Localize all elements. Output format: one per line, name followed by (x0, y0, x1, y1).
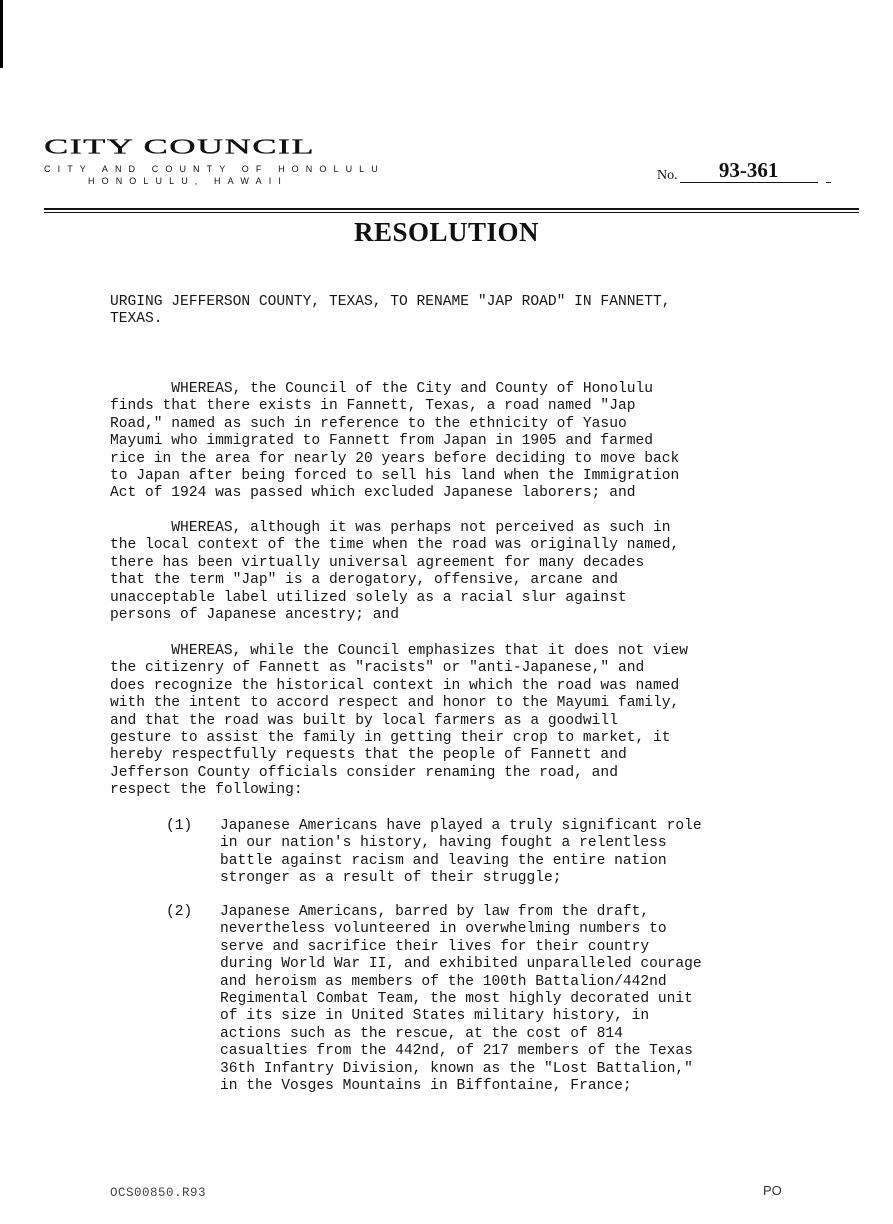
document-heading: RESOLUTION (0, 219, 893, 246)
list-item-number: (2) (166, 904, 192, 921)
whereas-paragraph-3: WHEREAS, while the Council emphasizes th… (110, 643, 688, 800)
org-title: CITY COUNCIL (44, 136, 315, 158)
org-subtitle-line1: CITY AND COUNTY OF HONOLULU (44, 165, 385, 174)
number-underline-tail (826, 182, 831, 183)
header-rule-thick (44, 208, 859, 210)
number-label: No. (657, 169, 678, 183)
list-item-text: Japanese Americans have played a truly s… (220, 818, 702, 888)
list-item-text: Japanese Americans, barred by law from t… (220, 904, 702, 1095)
resolution-subject: URGING JEFFERSON COUNTY, TEXAS, TO RENAM… (110, 294, 671, 329)
scan-edge-mark (0, 0, 3, 68)
org-subtitle-line2: HONOLULU, HAWAII (88, 177, 288, 186)
whereas-paragraph-2: WHEREAS, although it was perhaps not per… (110, 520, 679, 624)
author-initials: PO (763, 1183, 782, 1198)
header-rule-thin (44, 212, 859, 213)
file-code: OCS00850.R93 (110, 1186, 206, 1200)
resolution-number-block: No. 93-361 (657, 160, 831, 183)
resolution-number: 93-361 (680, 160, 818, 183)
list-item-number: (1) (166, 818, 192, 835)
whereas-paragraph-1: WHEREAS, the Council of the City and Cou… (110, 381, 679, 503)
